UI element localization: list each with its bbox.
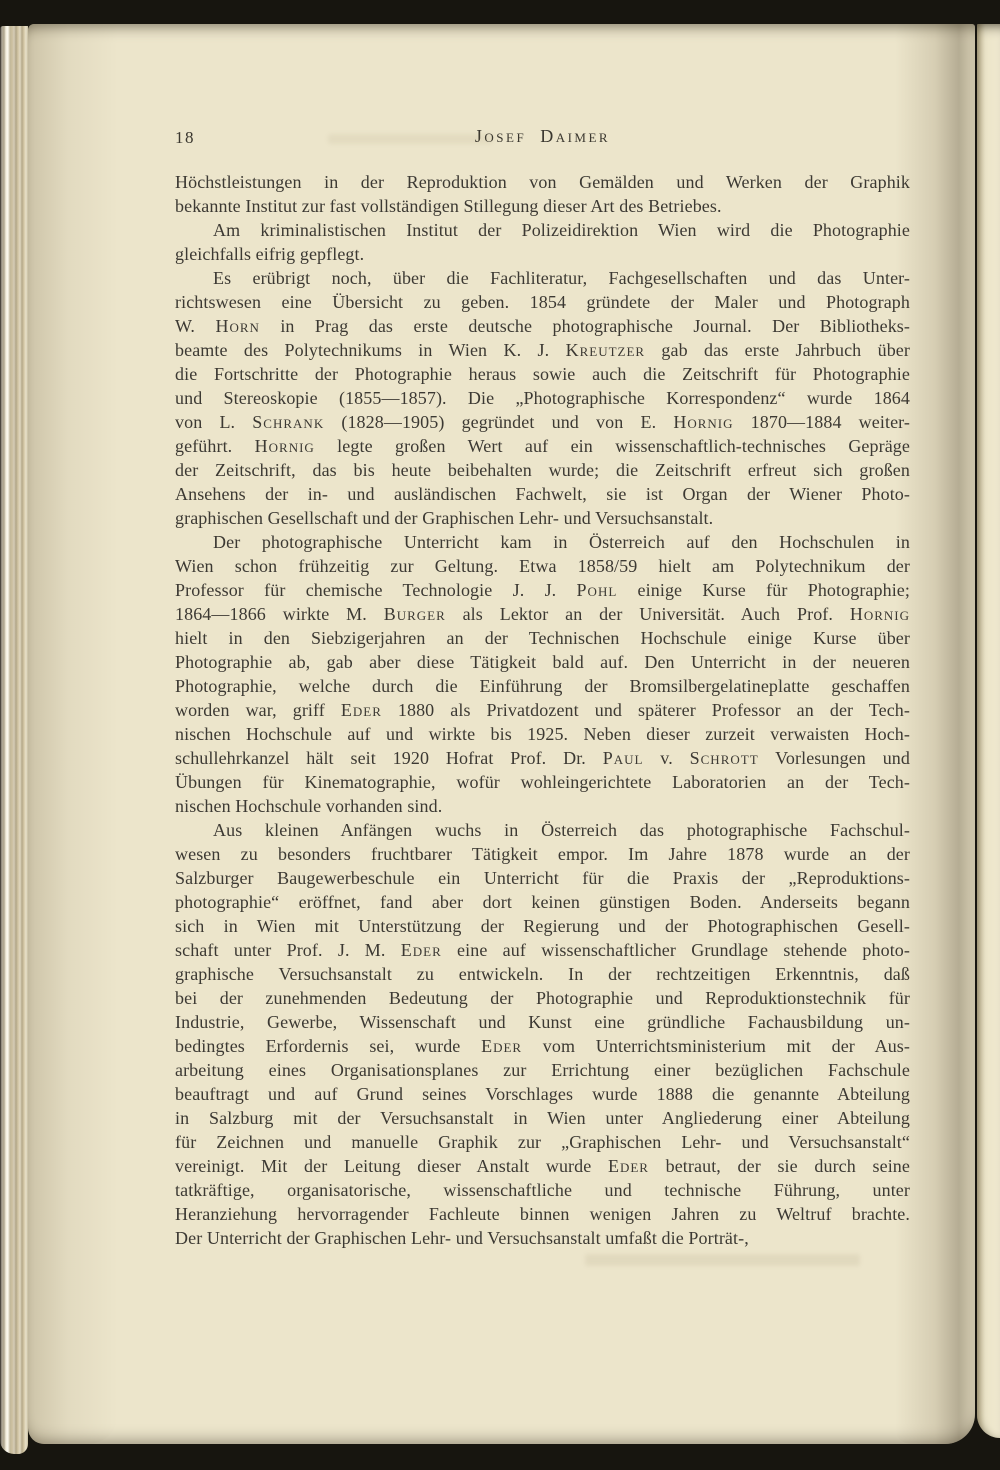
text-line: bedingtes Erfordernis sei, wurde Eder vo… (175, 1034, 910, 1058)
text-line: gleichfalls eifrig gepflegt. (175, 242, 910, 266)
text-line: geführt. Hornig legte großen Wert auf ei… (175, 434, 910, 458)
text-line: die Fortschritte der Photographie heraus… (175, 362, 910, 386)
text-line: Der photographische Unterricht kam in Ös… (175, 530, 910, 554)
page-header: 18 Josef Daimer (175, 126, 910, 152)
text-line: W. Horn in Prag das erste deutsche photo… (175, 314, 910, 338)
text-line: Photographie, welche durch die Einführun… (175, 674, 910, 698)
text-line: richtswesen eine Übersicht zu geben. 185… (175, 290, 910, 314)
text-line: nischen Hochschule vorhanden sind. (175, 794, 910, 818)
text-line: nischen Hochschule auf und wirkte bis 19… (175, 722, 910, 746)
text-line: Wien schon frühzeitig zur Geltung. Etwa … (175, 554, 910, 578)
text-line: Salzburger Baugewerbeschule ein Unterric… (175, 866, 910, 890)
text-line: graphische Versuchsanstalt zu entwickeln… (175, 962, 910, 986)
text-line: Am kriminalistischen Institut der Polize… (175, 218, 910, 242)
text-line: graphischen Gesellschaft und der Graphis… (175, 506, 910, 530)
text-line: in Salzburg mit der Versuchsanstalt in W… (175, 1106, 910, 1130)
book-scan: 18 Josef Daimer Höchstleistungen in der … (0, 0, 1000, 1470)
text-line: tatkräftige, organisatorische, wissensch… (175, 1178, 910, 1202)
text-line: schullehrkanzel hält seit 1920 Hofrat Pr… (175, 746, 910, 770)
text-line: beauftragt und auf Grund seines Vorschla… (175, 1082, 910, 1106)
book-page: 18 Josef Daimer Höchstleistungen in der … (28, 24, 975, 1444)
text-line: photographie“ eröffnet, fand aber dort k… (175, 890, 910, 914)
text-line: 1864—1866 wirkte M. Burger als Lektor an… (175, 602, 910, 626)
text-line: sich in Wien mit Unterstützung der Regie… (175, 914, 910, 938)
text-line: Aus kleinen Anfängen wuchs in Österreich… (175, 818, 910, 842)
text-line: der Zeitschrift, das bis heute beibehalt… (175, 458, 910, 482)
text-line: Professor für chemische Technologie J. J… (175, 578, 910, 602)
text-line: wesen zu besonders fruchtbarer Tätigkeit… (175, 842, 910, 866)
text-line: Industrie, Gewerbe, Wissenschaft und Kun… (175, 1010, 910, 1034)
paragraph: Es erübrigt noch, über die Fachliteratur… (175, 266, 910, 530)
text-line: bekannte Institut zur fast vollständigen… (175, 194, 910, 218)
ink-bleed-through (585, 1254, 860, 1266)
text-line: Ansehens der in- und ausländischen Fachw… (175, 482, 910, 506)
text-line: hielt in den Siebzigerjahren an der Tech… (175, 626, 910, 650)
text-line: für Zeichnen und manuelle Graphik zur „G… (175, 1130, 910, 1154)
text-line: von L. Schrank (1828—1905) gegründet und… (175, 410, 910, 434)
text-line: arbeitung eines Organisationsplanes zur … (175, 1058, 910, 1082)
text-line: Heranziehung hervorragender Fachleute bi… (175, 1202, 910, 1226)
text-line: Höchstleistungen in der Reproduktion von… (175, 170, 910, 194)
text-block: Höchstleistungen in der Reproduktion von… (175, 170, 910, 1250)
text-line: beamte des Polytechnikums in Wien K. J. … (175, 338, 910, 362)
text-line: und Stereoskopie (1855—1857). Die „Photo… (175, 386, 910, 410)
text-line: Photographie ab, gab aber diese Tätigkei… (175, 650, 910, 674)
adjacent-page-sliver (977, 24, 1000, 1438)
text-line: bei der zunehmenden Bedeutung der Photog… (175, 986, 910, 1010)
text-line: Übungen für Kinematographie, wofür wohle… (175, 770, 910, 794)
paragraph: Aus kleinen Anfängen wuchs in Österreich… (175, 818, 910, 1250)
page-stack-edge (0, 26, 28, 1454)
text-line: vereinigt. Mit der Leitung dieser Anstal… (175, 1154, 910, 1178)
text-line: worden war, griff Eder 1880 als Privatdo… (175, 698, 910, 722)
text-line: Der Unterricht der Graphischen Lehr- und… (175, 1226, 910, 1250)
running-title: Josef Daimer (175, 126, 910, 147)
paragraph: Der photographische Unterricht kam in Ös… (175, 530, 910, 818)
paragraph: Höchstleistungen in der Reproduktion von… (175, 170, 910, 218)
text-line: schaft unter Prof. J. M. Eder eine auf w… (175, 938, 910, 962)
paragraph: Am kriminalistischen Institut der Polize… (175, 218, 910, 266)
text-line: Es erübrigt noch, über die Fachliteratur… (175, 266, 910, 290)
page-number: 18 (175, 128, 195, 148)
